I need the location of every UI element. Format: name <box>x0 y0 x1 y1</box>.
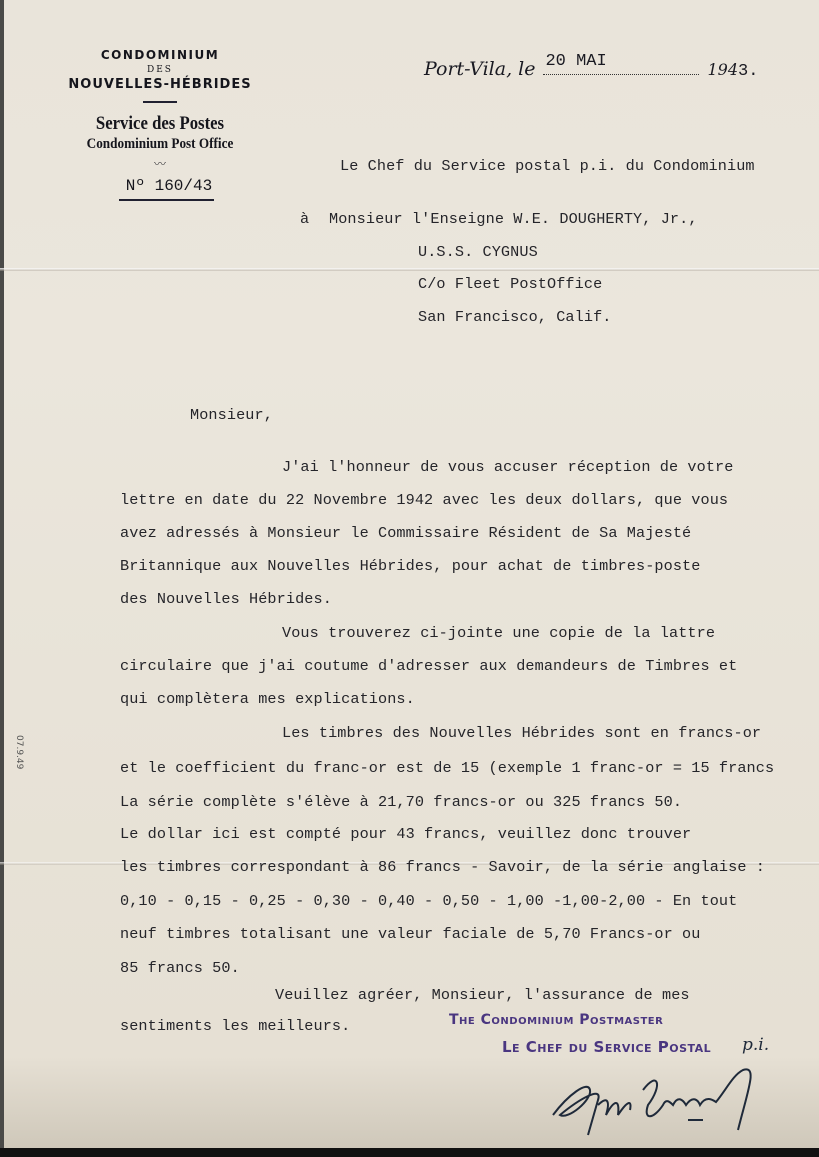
body-line: circulaire que j'ai coutume d'adresser a… <box>120 657 737 675</box>
reference-number: Nº 160/43 <box>55 177 265 195</box>
date-place: Port-Vila, le <box>424 58 535 80</box>
closing-line: sentiments les meilleurs. <box>120 1017 350 1035</box>
body-line: Britannique aux Nouvelles Hébrides, pour… <box>120 557 700 575</box>
body-line: avez adressés à Monsieur le Commissaire … <box>120 524 691 542</box>
closing-line: Veuillez agréer, Monsieur, l'assurance d… <box>275 986 690 1004</box>
recipient-prefix: à <box>300 210 309 228</box>
body-line: J'ai l'honneur de vous accuser réception… <box>282 458 734 476</box>
date-field: 20 MAI <box>543 64 699 75</box>
date-day-month: 20 MAI <box>545 52 606 71</box>
body-line: qui complètera mes explications. <box>120 690 415 708</box>
body-line: Le dollar ici est compté pour 43 francs,… <box>120 825 691 843</box>
letterhead-nouvelles-hebrides: NOUVELLES-HÉBRIDES <box>55 77 265 92</box>
body-line: et le coefficient du franc-or est de 15 … <box>120 759 774 777</box>
letterhead-des: DES <box>55 65 265 75</box>
letterhead: CONDOMINIUM DES NOUVELLES-HÉBRIDES Servi… <box>55 48 265 201</box>
body-line: La série complète s'élève à 21,70 francs… <box>120 793 682 811</box>
body-line: des Nouvelles Hébrides. <box>120 590 332 608</box>
sender-line: Le Chef du Service postal p.i. du Condom… <box>340 157 755 175</box>
signature-icon <box>548 1060 778 1140</box>
body-line: les timbres correspondant à 86 francs - … <box>120 858 765 876</box>
letterhead-service-en: Condominium Post Office <box>68 136 253 153</box>
handwritten-pi: p.i. <box>742 1035 769 1055</box>
date-year-suffix: 3. <box>738 62 758 81</box>
page-left-edge <box>0 0 4 1148</box>
recipient-ship: U.S.S. CYGNUS <box>418 243 538 261</box>
body-line: neuf timbres totalisant une valeur facia… <box>120 925 700 943</box>
recipient-city: San Francisco, Calif. <box>418 308 612 326</box>
letterhead-condominium: CONDOMINIUM <box>55 48 265 62</box>
date-year-prefix: 194 <box>707 60 738 79</box>
letter-page: CONDOMINIUM DES NOUVELLES-HÉBRIDES Servi… <box>0 0 819 1148</box>
body-line: 0,10 - 0,15 - 0,25 - 0,30 - 0,40 - 0,50 … <box>120 892 737 910</box>
salutation: Monsieur, <box>190 406 273 424</box>
body-line: Vous trouverez ci-jointe une copie de la… <box>282 624 715 642</box>
postmaster-stamp-line1: The Condominium Postmaster <box>449 1012 663 1028</box>
recipient-fpo: C/o Fleet PostOffice <box>418 275 602 293</box>
fold-crease-upper <box>0 268 819 271</box>
reference-underline <box>119 199 214 201</box>
body-line: lettre en date du 22 Novembre 1942 avec … <box>120 491 728 509</box>
margin-archive-note: 07.9.49 <box>14 735 24 769</box>
postmaster-stamp-line2: Le Chef du Service Postal <box>502 1038 711 1056</box>
scan-background <box>0 1148 819 1157</box>
recipient-name: Monsieur l'Enseigne W.E. DOUGHERTY, Jr., <box>329 210 698 228</box>
letterhead-service-fr: Service des Postes <box>68 113 253 135</box>
wave-ornament-icon: 〰 <box>55 159 265 169</box>
letterhead-divider <box>143 101 177 103</box>
body-line: Les timbres des Nouvelles Hébrides sont … <box>282 724 761 742</box>
dateline: Port-Vila, le 20 MAI 1943. <box>424 58 758 81</box>
body-line: 85 francs 50. <box>120 959 240 977</box>
